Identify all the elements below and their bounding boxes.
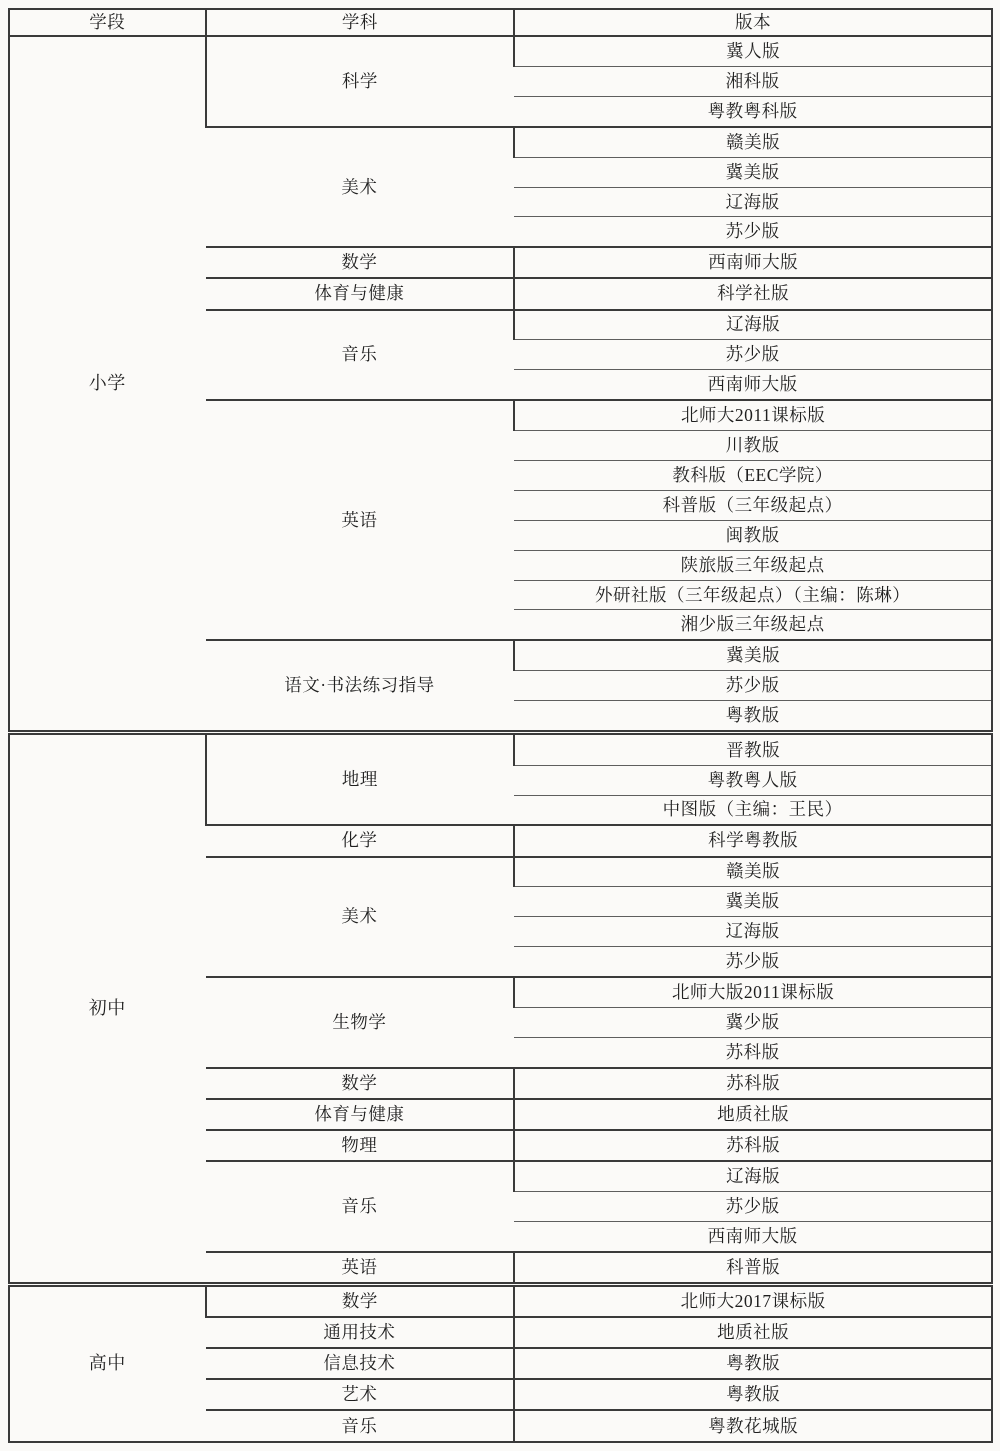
edition-cell: 苏少版 [514,217,992,247]
edition-cell: 冀少版 [514,1008,992,1038]
subject-cell: 物理 [206,1130,515,1161]
subject-cell: 化学 [206,825,515,856]
table-row: 小学科学冀人版 [9,36,992,66]
subject-cell: 英语 [206,400,515,640]
edition-cell: 川教版 [514,431,992,461]
edition-cell: 西南师大版 [514,247,992,278]
subject-cell: 音乐 [206,1161,515,1252]
subject-cell: 数学 [206,1068,515,1099]
subject-cell: 信息技术 [206,1348,515,1379]
edition-cell: 粤教版 [514,701,992,733]
edition-cell: 教科版（EEC学院） [514,461,992,491]
edition-cell: 地质社版 [514,1317,992,1348]
edition-cell: 冀美版 [514,157,992,187]
stage-cell: 小学 [9,36,206,733]
header-row: 学段 学科 版本 [9,9,992,36]
edition-cell: 粤教粤人版 [514,765,992,795]
edition-cell: 晋教版 [514,733,992,765]
edition-cell: 科普版 [514,1252,992,1285]
subject-cell: 体育与健康 [206,1099,515,1130]
edition-cell: 北师大2011课标版 [514,400,992,430]
edition-cell: 苏科版 [514,1037,992,1067]
edition-cell: 苏少版 [514,947,992,977]
edition-cell: 北师大版2011课标版 [514,977,992,1007]
header-edition: 版本 [514,9,992,36]
table-header: 学段 学科 版本 [9,9,992,36]
subject-cell: 通用技术 [206,1317,515,1348]
header-subject: 学科 [206,9,515,36]
edition-cell: 粤教花城版 [514,1410,992,1442]
subject-cell: 数学 [206,247,515,278]
edition-cell: 湘科版 [514,66,992,96]
subject-cell: 地理 [206,733,515,826]
subject-cell: 美术 [206,127,515,248]
edition-cell: 冀人版 [514,36,992,66]
stage-cell: 高中 [9,1285,206,1442]
edition-cell: 苏科版 [514,1068,992,1099]
subject-cell: 英语 [206,1252,515,1285]
edition-cell: 辽海版 [514,187,992,217]
edition-cell: 苏科版 [514,1130,992,1161]
header-stage: 学段 [9,9,206,36]
edition-cell: 湘少版三年级起点 [514,610,992,640]
subject-cell: 科学 [206,36,515,127]
subject-cell: 生物学 [206,977,515,1068]
edition-cell: 外研社版（三年级起点）（主编：陈琳） [514,580,992,610]
edition-cell: 科学社版 [514,278,992,309]
edition-cell: 冀美版 [514,887,992,917]
edition-cell: 辽海版 [514,310,992,340]
page: 学段 学科 版本 小学科学冀人版湘科版粤教粤科版美术赣美版冀美版辽海版苏少版数学… [0,0,1000,1451]
subject-cell: 美术 [206,857,515,978]
edition-cell: 科普版（三年级起点） [514,490,992,520]
edition-cell: 苏少版 [514,340,992,370]
table-row: 高中数学北师大2017课标版 [9,1285,992,1318]
table-row: 初中地理晋教版 [9,733,992,765]
textbook-edition-table: 学段 学科 版本 小学科学冀人版湘科版粤教粤科版美术赣美版冀美版辽海版苏少版数学… [8,8,993,1443]
edition-cell: 陕旅版三年级起点 [514,550,992,580]
subject-cell: 音乐 [206,1410,515,1442]
edition-cell: 苏少版 [514,671,992,701]
edition-cell: 粤教粤科版 [514,96,992,126]
edition-cell: 冀美版 [514,640,992,670]
edition-cell: 闽教版 [514,520,992,550]
edition-cell: 科学粤教版 [514,825,992,856]
edition-cell: 中图版（主编：王民） [514,795,992,825]
edition-cell: 地质社版 [514,1099,992,1130]
edition-cell: 粤教版 [514,1379,992,1410]
stage-cell: 初中 [9,733,206,1285]
subject-cell: 艺术 [206,1379,515,1410]
subject-cell: 数学 [206,1285,515,1318]
edition-cell: 辽海版 [514,917,992,947]
edition-cell: 粤教版 [514,1348,992,1379]
edition-cell: 西南师大版 [514,370,992,400]
table-body: 小学科学冀人版湘科版粤教粤科版美术赣美版冀美版辽海版苏少版数学西南师大版体育与健… [9,36,992,1442]
edition-cell: 苏少版 [514,1191,992,1221]
subject-cell: 语文·书法练习指导 [206,640,515,733]
edition-cell: 赣美版 [514,857,992,887]
edition-cell: 赣美版 [514,127,992,157]
edition-cell: 西南师大版 [514,1221,992,1251]
subject-cell: 音乐 [206,310,515,401]
edition-cell: 北师大2017课标版 [514,1285,992,1318]
edition-cell: 辽海版 [514,1161,992,1191]
subject-cell: 体育与健康 [206,278,515,309]
